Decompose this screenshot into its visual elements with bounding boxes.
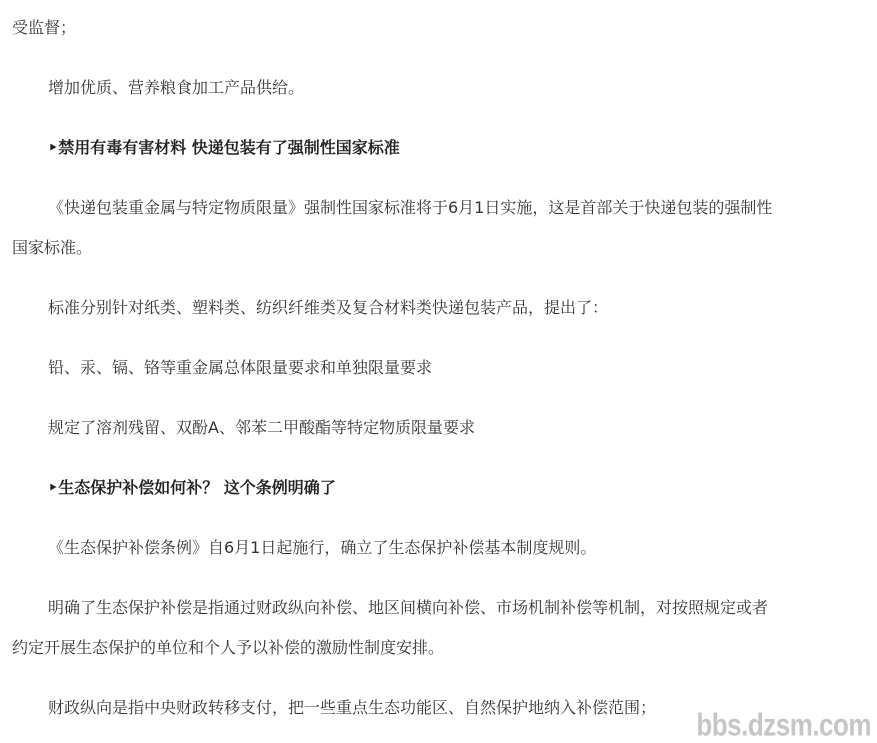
paragraph: 《快递包装重金属与特定物质限量》强制性国家标准将于6月1日实施，这是首部关于快递… — [48, 191, 772, 225]
paragraph: 规定了溶剂残留、双酚A、邻苯二甲酸酯等特定物质限量要求 — [48, 411, 475, 445]
paragraph-continuation: 国家标准。 — [12, 231, 92, 265]
paragraph: 《生态保护补偿条例》自6月1日起施行，确立了生态保护补偿基本制度规则。 — [48, 531, 596, 565]
paragraph-continuation: 约定开展生态保护的单位和个人予以补偿的激励性制度安排。 — [12, 631, 444, 665]
paragraph: 铅、汞、镉、铬等重金属总体限量要求和单独限量要求 — [48, 351, 432, 385]
paragraph: 财政纵向是指中央财政转移支付，把一些重点生态功能区、自然保护地纳入补偿范围； — [48, 691, 656, 725]
section-heading: ‣生态保护补偿如何补？ 这个条例明确了 — [48, 471, 336, 505]
paragraph: 明确了生态保护补偿是指通过财政纵向补偿、地区间横向补偿、市场机制补偿等机制，对按… — [48, 591, 768, 625]
section-heading: ‣禁用有毒有害材料 快递包装有了强制性国家标准 — [48, 131, 400, 165]
watermark: bbs.dzsm.com — [696, 707, 871, 743]
paragraph: 增加优质、营养粮食加工产品供给。 — [48, 71, 304, 105]
paragraph: 标准分别针对纸类、塑料类、纺织纤维类及复合材料类快递包装产品，提出了： — [48, 291, 608, 325]
paragraph: 受监督； — [12, 11, 76, 45]
